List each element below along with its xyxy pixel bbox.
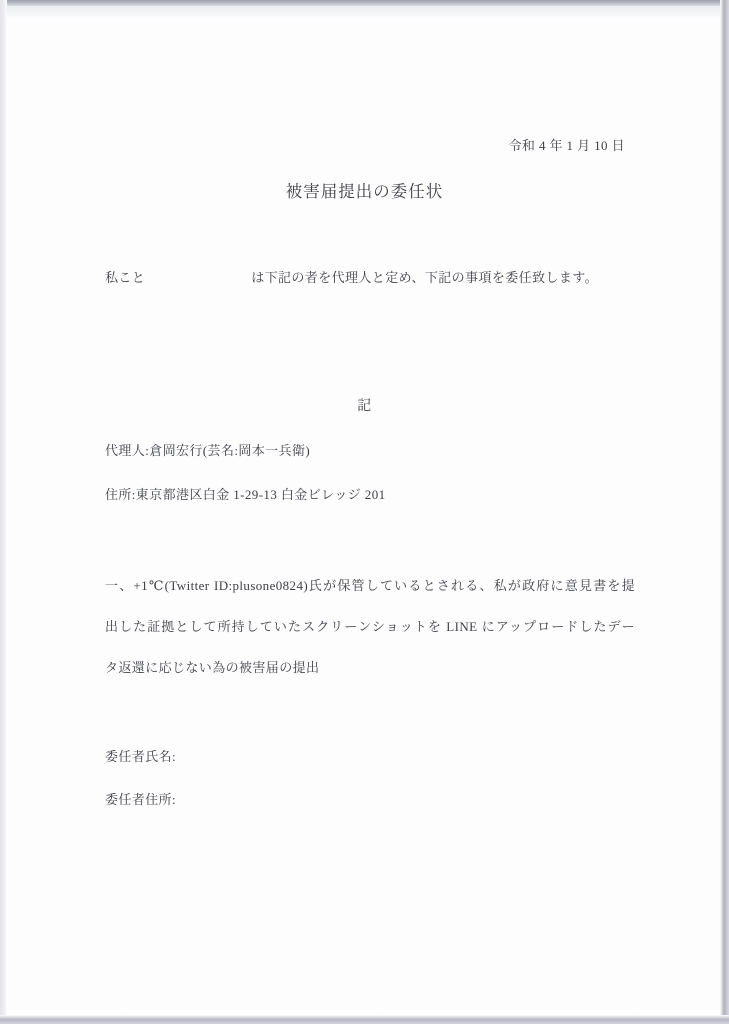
document-title: 被害届提出の委任状	[0, 180, 729, 203]
principal-address-label: 委任者住所:	[105, 790, 176, 810]
item-paragraph-line-2: 出した証拠として所持していたスクリーンショットを LINE にアップロードしたデ…	[105, 617, 635, 637]
record-marker: 記	[0, 397, 729, 417]
intro-line: 私こと は下記の者を代理人と定め、下記の事項を委任致します。	[105, 268, 598, 288]
principal-name-label: 委任者氏名:	[105, 747, 176, 767]
intro-prefix: 私こと	[105, 268, 145, 288]
agent-name-line: 代理人:倉岡宏行(芸名:岡本一兵衛)	[105, 441, 310, 461]
agent-address-line: 住所:東京都港区白金 1-29-13 白金ビレッジ 201	[105, 485, 386, 505]
document-date: 令和 4 年 1 月 10 日	[509, 136, 626, 156]
item-paragraph-line-1: 一、+1℃(Twitter ID:plusone0824)氏が保管しているとされ…	[105, 576, 635, 596]
intro-suffix: は下記の者を代理人と定め、下記の事項を委任致します。	[251, 268, 598, 288]
document-photo: 令和 4 年 1 月 10 日 被害届提出の委任状 私こと は下記の者を代理人と…	[0, 0, 729, 1024]
item-paragraph-line-3: タ返還に応じない為の被害届の提出	[105, 658, 635, 678]
photo-edge-top-fade	[0, 6, 729, 20]
photo-edge-bottom	[0, 1015, 729, 1024]
photo-edge-right	[720, 0, 729, 1024]
photo-edge-left	[0, 0, 7, 1024]
